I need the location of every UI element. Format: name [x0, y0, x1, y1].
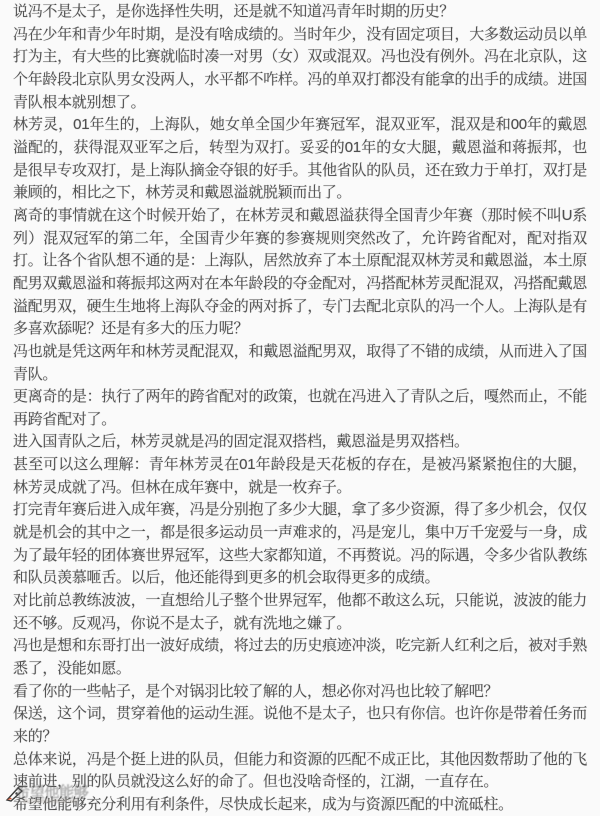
paragraph: 冯在少年和青少年时期，是没有啥成绩的。当时年少，没有固定项目，大多数运动员以单打… — [13, 24, 587, 115]
post-text: 说冯不是太子，是你选择性失明，还是就不知道冯青年时期的历史？ 冯在少年和青少年时… — [13, 1, 587, 816]
paragraph: 对比前总教练波波，一直想给儿子整个世界冠军，他都不敢这么玩，只能说，波波的能力还… — [13, 590, 587, 635]
paragraph: 离奇的事情就在这个时候开始了，在林芳灵和戴恩溢获得全国青少年赛（那时候不叫U系列… — [13, 205, 587, 341]
paragraph: 更离奇的是：执行了两年的跨省配对的政策，也就在冯进入了青队之后，嘎然而止，不能再… — [13, 386, 587, 431]
paragraph: 冯也就是凭这两年和林芳灵配混双，和戴恩溢配男双，取得了不错的成绩，从而进入了国青… — [13, 341, 587, 386]
paragraph: 总体来说，冯是个挺上进的队员，但能力和资源的匹配不成正比，其他因数帮助了他的飞速… — [13, 749, 587, 794]
paragraph: 希望他能够充分利用有利条件，尽快成长起来，成为与资源匹配的中流砥柱。 — [13, 794, 587, 816]
paragraph: 看了你的一些帖子，是个对锅羽比较了解的人，想必你对冯也比较了解吧？ — [13, 681, 587, 704]
paragraph: 打完青年赛后进入成年赛，冯是分别抱了多少大腿，拿了多少资源，得了多少机会，仅仅就… — [13, 499, 587, 590]
paragraph: 保送，这个词，贯穿着他的运动生涯。说他不是太子，也只有你信。也许你是带着任务而来… — [13, 703, 587, 748]
paragraph: 说冯不是太子，是你选择性失明，还是就不知道冯青年时期的历史？ — [13, 1, 587, 24]
paragraph: 进入国青队之后，林芳灵就是冯的固定混双搭档，戴恩溢是男双搭档。 — [13, 431, 587, 454]
paragraph: 甚至可以这么理解：青年林芳灵在01年龄段是天花板的存在，是被冯紧紧抱住的大腿，林… — [13, 454, 587, 499]
post-content: 说冯不是太子，是你选择性失明，还是就不知道冯青年时期的历史？ 冯在少年和青少年时… — [0, 0, 600, 816]
paragraph: 林芳灵，01年生的，上海队，她女单全国少年赛冠军，混双亚军，混双是和00年的戴恩… — [13, 114, 587, 205]
paragraph: 冯也是想和东哥打出一波好成绩，将过去的历史痕迹冲淡，吃完新人红利之后，被对手熟悉… — [13, 635, 587, 680]
